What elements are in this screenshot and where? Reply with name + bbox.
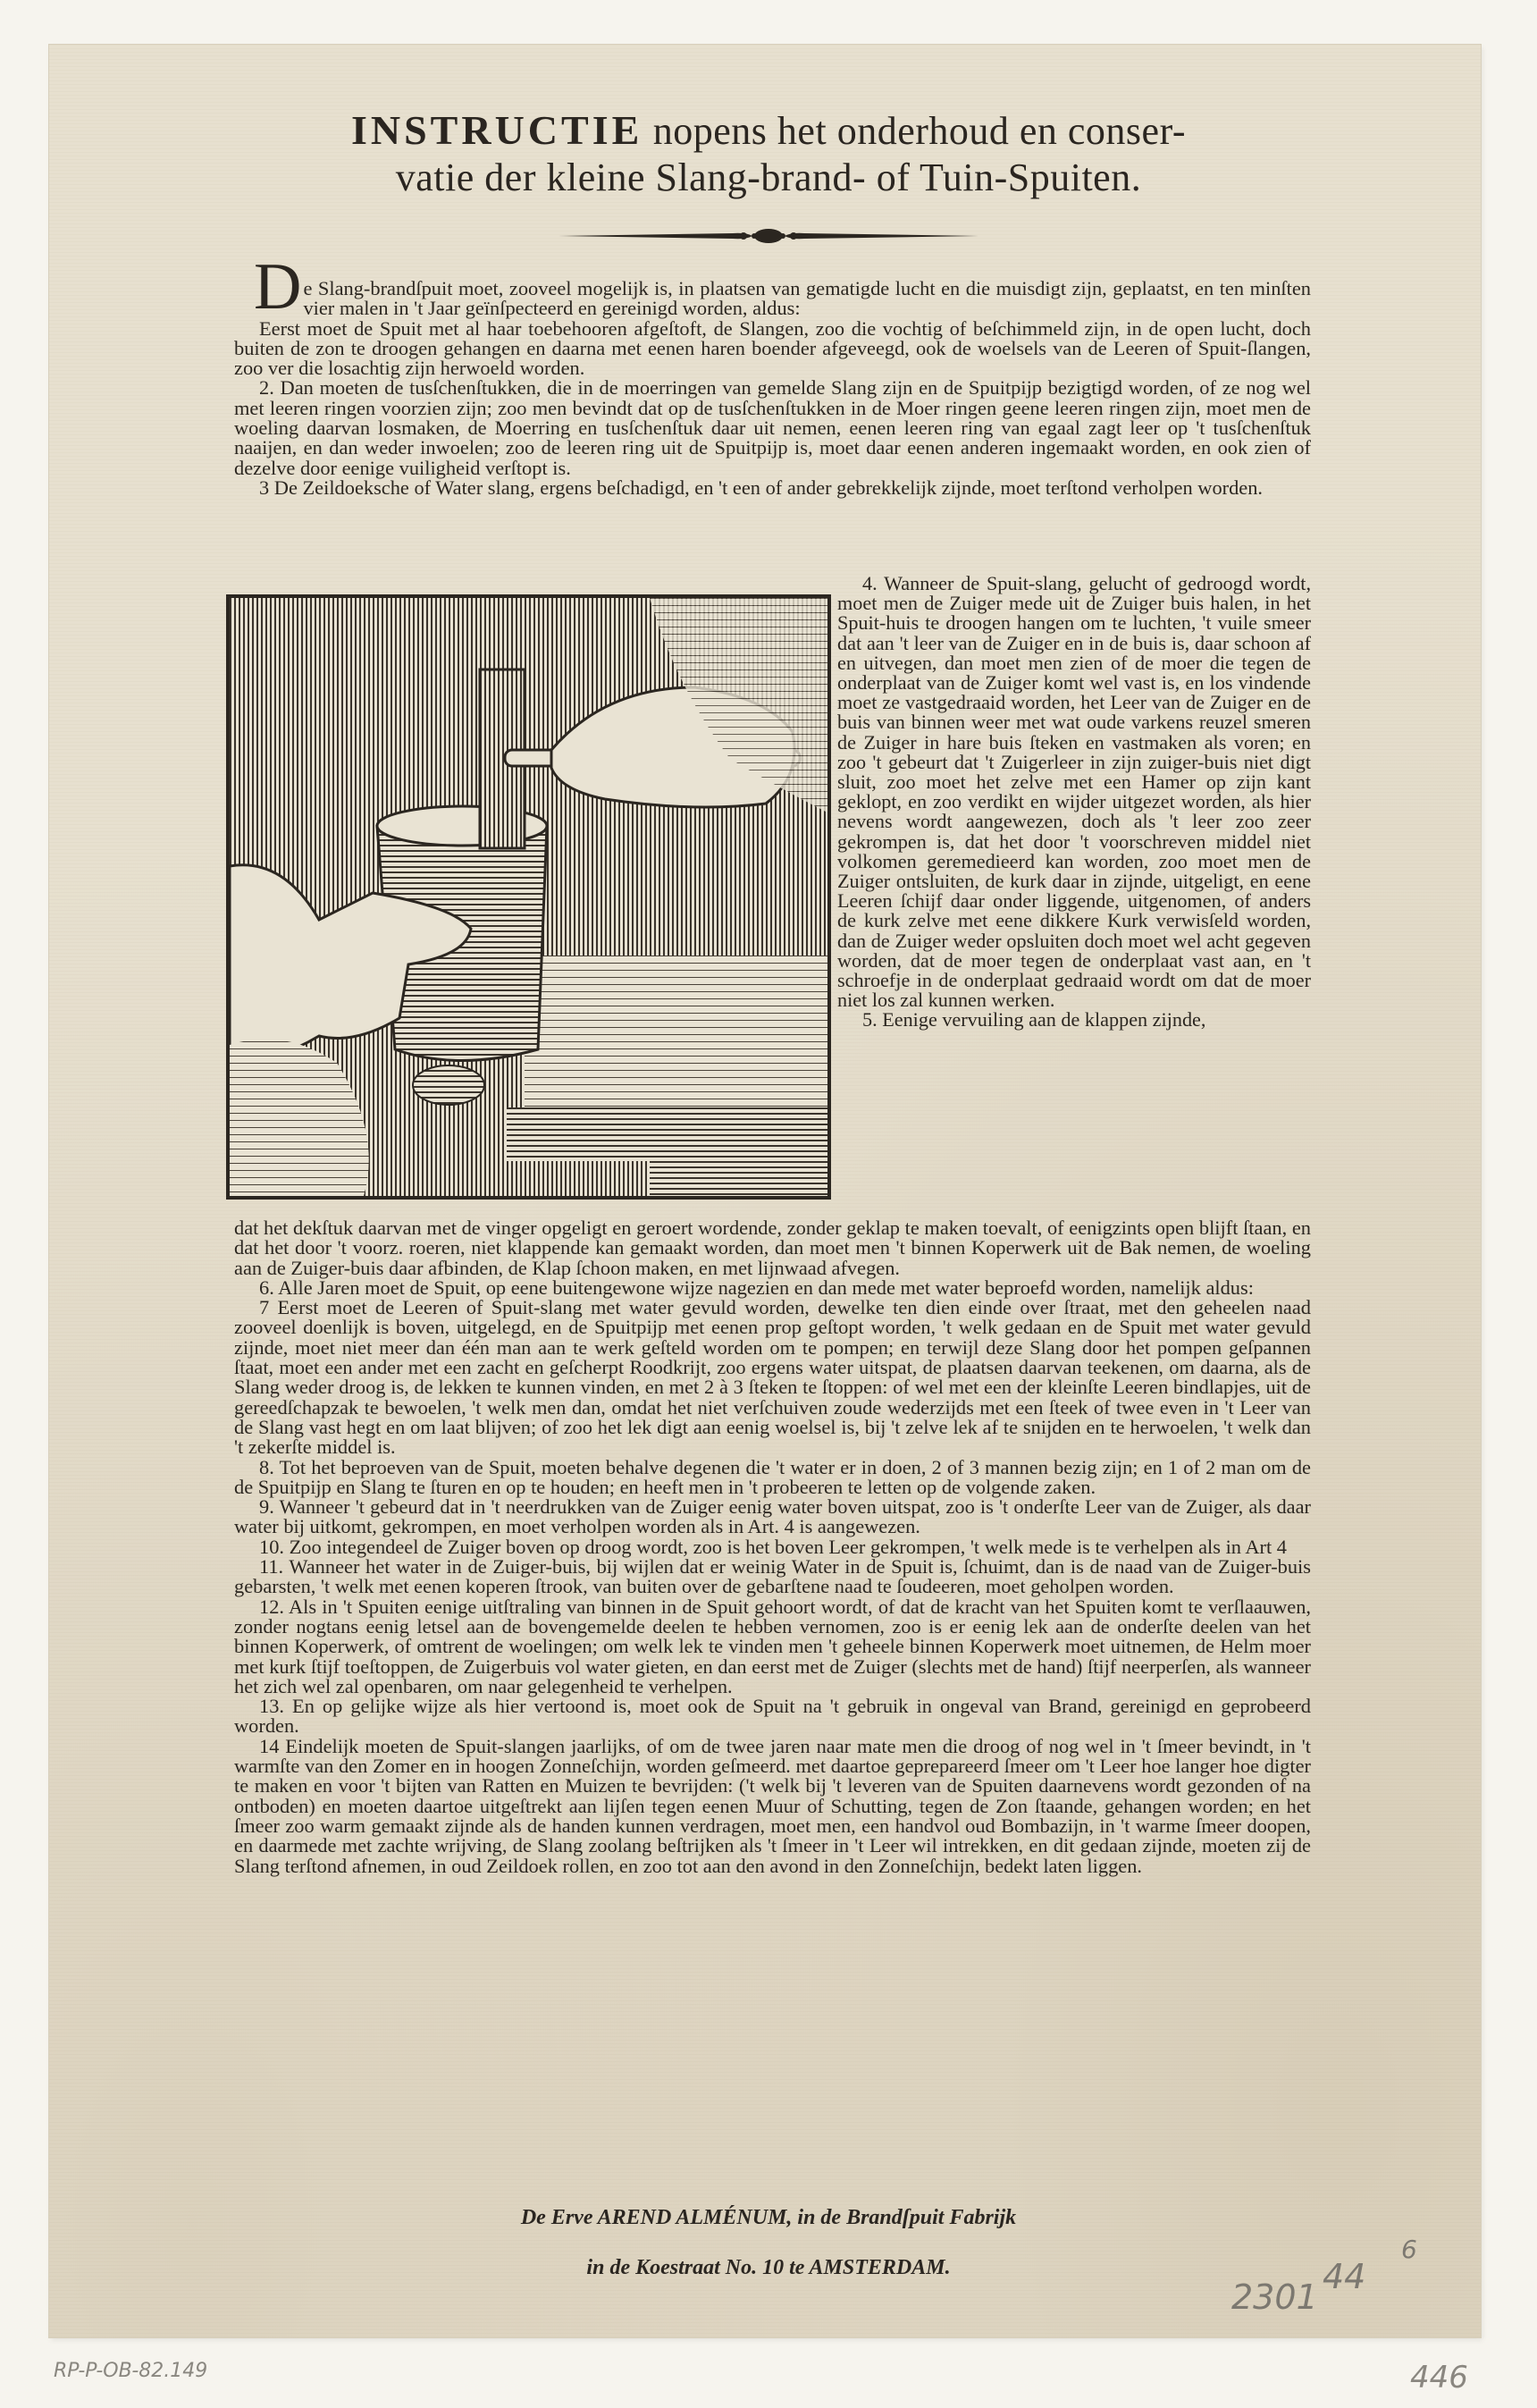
margin-number: 446 xyxy=(1410,2360,1468,2395)
article-4-column: 4. Wanneer de Spuit-slang, gelucht of ge… xyxy=(837,574,1311,1031)
paragraph-9: 9. Wanneer 't gebeurd dat in 't neerdruk… xyxy=(234,1497,1311,1537)
paragraph-8: 8. Tot het beproeven van de Spuit, moete… xyxy=(234,1458,1311,1498)
woodcut-illustration xyxy=(226,594,831,1200)
paragraph-5-start: 5. Eenige vervuiling aan de klappen zijn… xyxy=(837,1010,1311,1030)
title-caps: INSTRUCTIE xyxy=(351,107,643,153)
printer-signature-line-1: De Erve AREND ALMÉNUM, in de Brandſpuit … xyxy=(268,2206,1269,2230)
pencil-code: 44 xyxy=(1323,2257,1365,2296)
dropcap: D xyxy=(254,259,301,315)
paragraph-5-continued: dat het dekſtuk daarvan met de vinger op… xyxy=(234,1218,1311,1278)
inventory-number: RP-P-OB-82.149 xyxy=(54,2360,207,2382)
paragraph-3: 3 De Zeildoeksche of Water slang, ergens… xyxy=(234,478,1311,498)
paragraph-10: 10. Zoo integendeel de Zuiger boven op d… xyxy=(234,1537,1311,1557)
pencil-superscript: 6 xyxy=(1401,2235,1417,2264)
paragraph-11: 11. Wanneer het water in de Zuiger-buis,… xyxy=(234,1557,1311,1597)
paragraph-12: 12. Als in 't Spuiten eenige uitſtraling… xyxy=(234,1597,1311,1697)
title-line-2: vatie der kleine Slang-brand- of Tuin-Sp… xyxy=(179,155,1358,201)
piston-hammer-illustration-icon xyxy=(230,598,827,1196)
intro-and-articles-1-3: De Slang-brandſpuit moet, zooveel mogeli… xyxy=(234,259,1311,498)
intro-paragraph: De Slang-brandſpuit moet, zooveel mogeli… xyxy=(234,259,1311,319)
articles-5-14: dat het dekſtuk daarvan met de vinger op… xyxy=(234,1218,1311,1876)
pencil-number: 2301 xyxy=(1231,2277,1318,2317)
intro-text: e Slang-brandſpuit moet, zooveel mogelij… xyxy=(303,277,1311,319)
paragraph-14: 14 Eindelijk moeten de Spuit-slangen jaa… xyxy=(234,1737,1311,1876)
printer-signature-line-2: in de Koestraat No. 10 te AMSTERDAM. xyxy=(268,2256,1269,2280)
paragraph-1: Eerst moet de Spuit met al haar toebehoo… xyxy=(234,319,1311,379)
ornament-rule-icon xyxy=(554,227,983,245)
paragraph-13: 13. En op gelijke wijze als hier vertoon… xyxy=(234,1697,1311,1737)
title-line-1-rest: nopens het onderhoud en conser- xyxy=(643,109,1186,153)
title-line-1: INSTRUCTIE nopens het onderhoud en conse… xyxy=(179,107,1358,155)
document-title: INSTRUCTIE nopens het onderhoud en conse… xyxy=(179,107,1358,201)
paragraph-6: 6. Alle Jaren moet de Spuit, op eene bui… xyxy=(234,1278,1311,1298)
paragraph-7: 7 Eerst moet de Leeren of Spuit-slang me… xyxy=(234,1298,1311,1457)
paragraph-4: 4. Wanneer de Spuit-slang, gelucht of ge… xyxy=(837,574,1311,1010)
paragraph-2: 2. Dan moeten de tusſchenſtukken, die in… xyxy=(234,378,1311,477)
